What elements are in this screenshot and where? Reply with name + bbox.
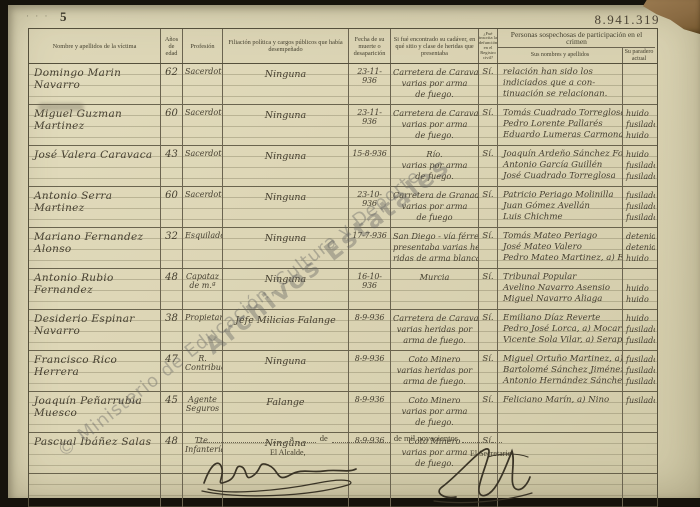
header-body-found: Si fué encontrado su cadáver, en qué sit… xyxy=(391,29,479,63)
victim-name: Desiderio Espinar Navarro xyxy=(29,310,161,350)
suspect-name: Avelino Navarro Asensio xyxy=(500,283,620,294)
body-found-site: Carretera de Caravacavarias por armade f… xyxy=(391,64,479,104)
registered-flag: Sí. xyxy=(479,310,498,350)
page-number: 5 xyxy=(60,9,67,25)
suspect-name: Antonio García Guillén xyxy=(500,160,620,171)
body-found-site: San Diego - vía férreapresentaba varias … xyxy=(391,228,479,268)
secretary-signature xyxy=(426,443,536,505)
victim-name: Domingo Marin Navarro xyxy=(29,64,161,104)
suspect-status: huido xyxy=(625,294,653,305)
suspect-name: Feliciano Marín, a) Nino xyxy=(500,395,620,406)
suspect-names: Patricio Periago MolinillaJuan Gómez Ave… xyxy=(498,187,623,227)
suspect-whereabouts: fusiladofusiladofusilado xyxy=(623,351,655,391)
suspect-whereabouts: huidofusiladofusilado xyxy=(623,146,655,186)
registered-flag: Sí. xyxy=(479,146,498,186)
body-found-site: Carretera de Caravacavarias heridas pora… xyxy=(391,310,479,350)
political-affiliation: Ninguna xyxy=(223,269,349,309)
victim-profession: Propietario xyxy=(183,310,223,350)
site-line: varias heridas por xyxy=(393,365,476,376)
table-row: Miguel Guzman Martinez60SacerdoteNinguna… xyxy=(29,105,657,146)
political-affiliation: Ninguna xyxy=(223,187,349,227)
suspect-whereabouts xyxy=(623,433,655,473)
suspect-status: huido xyxy=(625,130,653,141)
suspect-names: Emiliano Díaz RevertePedro José Lorca, a… xyxy=(498,310,623,350)
suspect-name: Miguel Ortuño Martinez, a) Ortuño xyxy=(500,354,620,365)
victim-name: Antonio Serra Martinez xyxy=(29,187,161,227)
political-affiliation: Falange xyxy=(223,392,349,432)
site-line: de fuego xyxy=(393,212,476,223)
site-line: varias por arma xyxy=(393,406,476,417)
site-line: de fuego. xyxy=(393,89,476,100)
suspect-name: Pedro Mateo Martinez, a) El Monto xyxy=(500,253,620,264)
site-line: varias por arma xyxy=(393,78,476,89)
victim-age: 60 xyxy=(161,187,183,227)
site-line: de fuego. xyxy=(393,130,476,141)
header-suspect-whereabouts: Su paradero actual xyxy=(623,48,655,63)
victim-name: Francisco Rico Herrera xyxy=(29,351,161,391)
suspect-name: indiciados que a con- xyxy=(500,78,620,89)
victim-name: Joaquín Peñarrubia Muesco xyxy=(29,392,161,432)
body-found-site: Coto Minerovarias por armade fuego. xyxy=(391,392,479,432)
victim-name xyxy=(29,474,161,507)
suspect-status: huido xyxy=(625,149,653,160)
victim-profession: Sacerdote xyxy=(183,146,223,186)
victim-name: Miguel Guzman Martinez xyxy=(29,105,161,145)
body-found-site: Río.varias por armade fuego. xyxy=(391,146,479,186)
victim-profession: Esquilador xyxy=(183,228,223,268)
body-found-site: Carretera de Granadavarias por armade fu… xyxy=(391,187,479,227)
death-date: 8-9-936 xyxy=(349,310,391,350)
registered-flag: Sí. xyxy=(479,64,498,104)
table-row: José Valera Caravaca43SacerdoteNinguna15… xyxy=(29,146,657,187)
suspect-whereabouts: huidofusiladofusilado xyxy=(623,310,655,350)
suspect-whereabouts: fusilado xyxy=(623,392,655,432)
table-row: Domingo Marin Navarro62SacerdoteNinguna2… xyxy=(29,64,657,105)
political-affiliation: Ninguna xyxy=(223,105,349,145)
header-suspect-names: Sus nombres y apellidos xyxy=(498,48,623,63)
victim-profession: R. Contribuciones xyxy=(183,351,223,391)
victim-age: 43 xyxy=(161,146,183,186)
victim-age: 45 xyxy=(161,392,183,432)
header-victim-name: Nombre y apellidos de la víctima xyxy=(29,29,161,63)
day-blank xyxy=(298,433,316,443)
death-date: 23-11-936 xyxy=(349,64,391,104)
site-line: varias por arma xyxy=(393,160,476,171)
suspect-whereabouts: fusiladofusiladofusilado xyxy=(623,187,655,227)
suspect-whereabouts: huidohuido xyxy=(623,269,655,309)
victim-age: 38 xyxy=(161,310,183,350)
place-blank xyxy=(198,433,286,443)
political-affiliation: Ninguna xyxy=(223,351,349,391)
suspect-name: Pedro Lorente Pallarés xyxy=(500,119,620,130)
suspect-whereabouts xyxy=(623,64,655,104)
registered-flag: Sí. xyxy=(479,228,498,268)
table-row: Mariano Fernandez Alonso32EsquiladorNing… xyxy=(29,228,657,269)
header-affiliation: Filiación política y cargos públicos que… xyxy=(223,29,349,63)
registered-flag: Sí. xyxy=(479,269,498,309)
suspect-name: Eduardo Lumeras Carmona xyxy=(500,130,620,141)
suspect-status: huido xyxy=(625,253,653,264)
site-line: Carretera de Caravaca xyxy=(393,108,476,119)
site-line: San Diego - vía férrea xyxy=(393,231,476,242)
date-blank-line: a de de mil novecientos xyxy=(198,433,528,443)
suspect-status: detenido xyxy=(625,242,653,253)
victim-profession: Sacerdote xyxy=(183,187,223,227)
site-line: presentaba varias he- xyxy=(393,242,476,253)
registered-flag: Sí. xyxy=(479,187,498,227)
pencil-annotation xyxy=(38,103,84,111)
suspect-status xyxy=(625,78,653,89)
suspect-whereabouts: detenidodetenidohuido xyxy=(623,228,655,268)
victim-name: Antonio Rubio Fernandez xyxy=(29,269,161,309)
suspect-names: Tomás Cuadrado TorreglosaPedro Lorente P… xyxy=(498,105,623,145)
registered-flag: Sí. xyxy=(479,105,498,145)
suspect-names: Miguel Ortuño Martinez, a) OrtuñoBartolo… xyxy=(498,351,623,391)
suspect-status: fusilado xyxy=(625,171,653,182)
footer-de: de xyxy=(320,433,328,443)
body-found-site: Murcia xyxy=(391,269,479,309)
site-line: arma de fuego. xyxy=(393,335,476,346)
victim-age: 48 xyxy=(161,433,183,473)
header-suspects-group: Personas sospechosas de participación en… xyxy=(498,29,655,63)
site-line: varias heridas por xyxy=(393,324,476,335)
political-affiliation: Ninguna xyxy=(223,146,349,186)
political-affiliation: Ninguna xyxy=(223,228,349,268)
suspect-names: Tomás Mateo PeriagoJosé Mateo ValeroPedr… xyxy=(498,228,623,268)
suspect-name: Antonio Hernández Sánchez xyxy=(500,376,620,387)
header-age: Años de edad xyxy=(161,29,183,63)
suspect-name: Patricio Periago Molinilla xyxy=(500,190,620,201)
victim-profession: Sacerdote xyxy=(183,105,223,145)
suspect-name: Pedro José Lorca, a) Mocarrete xyxy=(500,324,620,335)
victim-name: Mariano Fernandez Alonso xyxy=(29,228,161,268)
site-line: Río. xyxy=(393,149,476,160)
site-line: arma de fuego. xyxy=(393,376,476,387)
site-line: Coto Minero xyxy=(393,354,476,365)
suspect-name: Luis Chichme xyxy=(500,212,620,223)
suspect-status: fusilado xyxy=(625,376,653,387)
site-line: de fuego. xyxy=(393,171,476,182)
suspect-name: Emiliano Díaz Reverte xyxy=(500,313,620,324)
registered-flag: Sí. xyxy=(479,351,498,391)
victim-profession: Capataz de m.ª xyxy=(183,269,223,309)
table-row: Joaquín Peñarrubia Muesco45Agente Seguro… xyxy=(29,392,657,433)
table-row: Francisco Rico Herrera47R. Contribucione… xyxy=(29,351,657,392)
registered-flag: Sí. xyxy=(479,392,498,432)
victim-age: 48 xyxy=(161,269,183,309)
suspect-status: fusilado xyxy=(625,190,653,201)
site-line: varias por arma xyxy=(393,119,476,130)
site-line: Carretera de Caravaca xyxy=(393,67,476,78)
month-blank xyxy=(332,433,390,443)
victim-profession: Sacerdote xyxy=(183,64,223,104)
suspect-name: Miguel Navarro Aliaga xyxy=(500,294,620,305)
table-header-row: Nombre y apellidos de la víctima Años de… xyxy=(29,29,657,64)
political-affiliation: Jefe Milicias Falange xyxy=(223,310,349,350)
site-line: de fuego. xyxy=(393,417,476,428)
suspect-status: fusilado xyxy=(625,119,653,130)
suspect-status: huido xyxy=(625,283,653,294)
victim-age: 62 xyxy=(161,64,183,104)
suspect-status: huido xyxy=(625,108,653,119)
death-date: 8-9-936 xyxy=(349,392,391,432)
death-date: 15-8-936 xyxy=(349,146,391,186)
header-suspects-subrow: Sus nombres y apellidos Su paradero actu… xyxy=(498,48,655,63)
suspect-name: Tomás Mateo Periago xyxy=(500,231,620,242)
suspect-status: fusilado xyxy=(625,160,653,171)
political-affiliation: Ninguna xyxy=(223,64,349,104)
site-line: Murcia xyxy=(393,272,476,283)
death-date: 16-10-936 xyxy=(349,269,391,309)
table-row: Antonio Rubio Fernandez48Capataz de m.ªN… xyxy=(29,269,657,310)
victim-age: 47 xyxy=(161,351,183,391)
site-line: Coto Minero xyxy=(393,395,476,406)
header-profession: Profesión xyxy=(183,29,223,63)
suspect-status: fusilado xyxy=(625,354,653,365)
suspect-status: fusilado xyxy=(625,335,653,346)
suspect-name: Tomás Cuadrado Torreglosa xyxy=(500,108,620,119)
suspect-status xyxy=(625,67,653,78)
suspect-status xyxy=(625,89,653,100)
suspect-names: Joaquín Ardeño Sánchez FortúnAntonio Gar… xyxy=(498,146,623,186)
victim-age: 60 xyxy=(161,105,183,145)
death-date: 17-7-936 xyxy=(349,228,391,268)
suspect-name: Juan Gómez Avellán xyxy=(500,201,620,212)
suspect-name: José Mateo Valero xyxy=(500,242,620,253)
suspect-status: fusilado xyxy=(625,365,653,376)
mayor-signature xyxy=(198,453,368,501)
death-date: 8-9-936 xyxy=(349,351,391,391)
footer-a: a xyxy=(290,433,294,443)
pencil-marks: · · · xyxy=(26,11,50,21)
stamp-number: 8.941.319 xyxy=(595,12,661,28)
suspect-names: relación han sido losindiciados que a co… xyxy=(498,64,623,104)
table-row: Desiderio Espinar Navarro38PropietarioJe… xyxy=(29,310,657,351)
suspect-name: Bartolomé Sánchez Jiménez xyxy=(500,365,620,376)
victim-profession: Agente Seguros xyxy=(183,392,223,432)
suspect-status: fusilado xyxy=(625,395,653,406)
document-paper: · · · 5 8.941.319 Archivos Estatales © M… xyxy=(8,5,700,498)
suspect-names: Tribunal PopularAvelino Navarro AsensioM… xyxy=(498,269,623,309)
site-line: Carretera de Granada xyxy=(393,190,476,201)
site-line: ridas de arma blanca xyxy=(393,253,476,264)
header-death-date: Fecha de su muerte o desaparición xyxy=(349,29,391,63)
suspect-whereabouts: huidofusiladohuido xyxy=(623,105,655,145)
suspect-name: José Cuadrado Torreglosa xyxy=(500,171,620,182)
suspect-names: Feliciano Marín, a) Nino xyxy=(498,392,623,432)
death-date: 23-11-936 xyxy=(349,105,391,145)
suspect-status: fusilado xyxy=(625,324,653,335)
suspect-name: tinuación se relacionan. xyxy=(500,89,620,100)
site-line: Carretera de Caravaca xyxy=(393,313,476,324)
death-date: 23-10-936 xyxy=(349,187,391,227)
suspect-status: detenido xyxy=(625,231,653,242)
year-blank xyxy=(462,433,502,443)
suspect-status: fusilado xyxy=(625,212,653,223)
suspect-status xyxy=(625,272,653,283)
victim-age: 32 xyxy=(161,228,183,268)
suspect-status: fusilado xyxy=(625,201,653,212)
footer-year-text: de mil novecientos xyxy=(394,433,458,443)
table-row: Antonio Serra Martinez60SacerdoteNinguna… xyxy=(29,187,657,228)
victim-name: Pascual Ibáñez Salas xyxy=(29,433,161,473)
suspect-whereabouts xyxy=(623,474,655,507)
suspect-name: Joaquín Ardeño Sánchez Fortún xyxy=(500,149,620,160)
suspect-status: huido xyxy=(625,313,653,324)
suspect-name: relación han sido los xyxy=(500,67,620,78)
suspect-name: Tribunal Popular xyxy=(500,272,620,283)
victim-name: José Valera Caravaca xyxy=(29,146,161,186)
body-found-site: Coto Minerovarias heridas porarma de fue… xyxy=(391,351,479,391)
suspect-name: Vicente Sola Vilar, a) Serapio xyxy=(500,335,620,346)
body-found-site: Carretera de Caravacavarias por armade f… xyxy=(391,105,479,145)
header-suspects-title: Personas sospechosas de participación en… xyxy=(498,29,655,48)
victim-age xyxy=(161,474,183,507)
header-registered: ¿Fué inscrita la defunción en el Registr… xyxy=(479,29,498,63)
site-line: varias por arma xyxy=(393,201,476,212)
